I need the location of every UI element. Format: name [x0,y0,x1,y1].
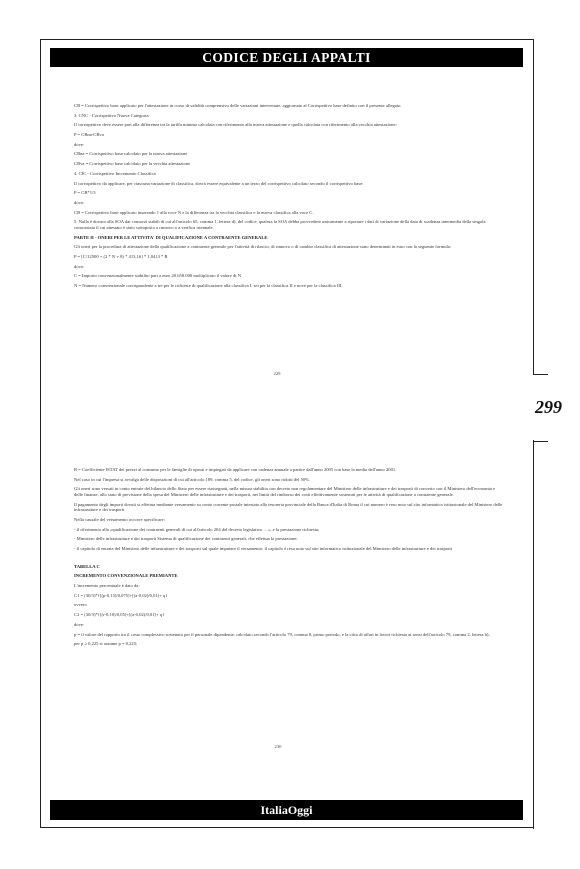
footer-brand-logo: ItaliaOggi [50,800,523,820]
paragraph: per p ≥ 0,225 si assume p = 0,225; [74,641,504,647]
paragraph: - Ministero delle infrastrutture e dei t… [74,536,504,542]
paragraph: L'incremento percentuale è dato da: [74,583,504,589]
paragraph: C = Importo convenzionalmente stabilito … [74,273,504,279]
section-heading: PARTE II - ONERI PER LE ATTIVITA' DI QUA… [74,235,504,241]
paragraph: Nel caso in cui l'impresa si avvalga del… [74,477,504,483]
paragraph: 5. Nulla è dovuto alla SOA dai consorzi … [74,219,504,230]
paragraph: ovvero [74,602,504,608]
frame-right-border-top [533,39,534,375]
paragraph: P = CB*1/3 [74,190,504,196]
section-heading: TABELLA C [74,564,504,570]
page-divider-tick-top [533,374,548,375]
paragraph: C1 = (30/3)*{[(p-0,15)/0,075]+[(a-0,02)/… [74,593,504,599]
paragraph: - il riferimento alla «qualificazione de… [74,527,504,533]
paragraph: p = il valore del rapporto tra il costo … [74,632,504,638]
page-number-230: 230 [258,744,298,749]
paragraph: N = Numero convenzionale corrispondente … [74,283,504,289]
page-229-content: CB = Corrispettivo base applicato per l'… [74,103,504,293]
paragraph: CBna = Corrispettivo base calcolato per … [74,151,504,157]
page-divider-tick-bottom [533,441,548,442]
paragraph: 3. CNC - Corrispettivo Nuova Categoria [74,113,504,119]
header-title: CODICE DEGLI APPALTI [50,48,523,67]
section-heading: INCREMENTO CONVENZIONALE PREMIANTE [74,573,504,579]
paragraph: CB = Corrispettivo base applicato per l'… [74,103,504,109]
page-230-content: R = Coefficiente ISTAT dei prezzi al con… [74,467,504,651]
paragraph: CBva = Corrispettivo base calcolato per … [74,161,504,167]
paragraph: Nella causale del versamento occorre spe… [74,517,504,523]
paragraph: P = CBna-CBva [74,132,504,138]
paragraph: CB = Corrispettivo base applicato insere… [74,210,504,216]
paragraph: dove: [74,264,504,270]
paragraph: C2 = (30/3)*{[(r-0,10)/0,05]+[(a-0,02)/0… [74,612,504,618]
paragraph: Gli oneri sono versati in conto entrate … [74,486,504,497]
paragraph: Gli oneri per la procedura di attestazio… [74,244,504,250]
paragraph: Il pagamento degli importi dovuti si eff… [74,502,504,513]
paragraph: dove: [74,200,504,206]
page-number-229: 229 [257,371,297,376]
paragraph: 4. CIC - Corrispettivo Incremento Classi… [74,171,504,177]
paragraph: dove: [74,622,504,628]
paragraph: dove: [74,142,504,148]
paragraph: Il corrispettivo deve essere pari alla d… [74,122,504,128]
frame-right-border-bottom [533,440,534,829]
section-spacer [74,556,504,564]
page-marker: 299 [535,397,580,418]
paragraph: - il capitolo di entrata del Ministero d… [74,546,504,552]
paragraph: R = Coefficiente ISTAT dei prezzi al con… [74,467,504,473]
paragraph: Il corrispettivo da applicare, per ciasc… [74,181,504,187]
paragraph: P = [C/12500 + (2 * N + 8) * 413,16] * 1… [74,254,504,260]
